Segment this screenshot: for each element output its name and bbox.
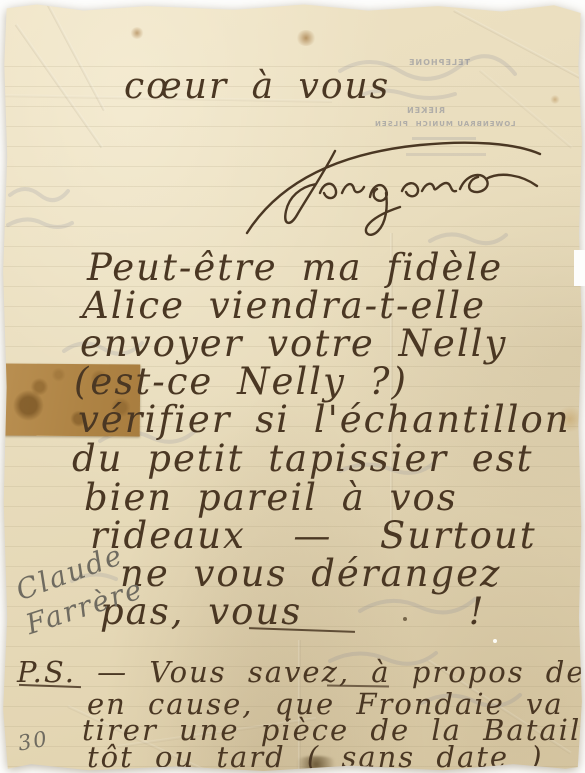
body-line: ne vous dérangez: [120, 555, 501, 592]
crease-top-left-2: [47, 4, 106, 111]
ps-line: P.S. — Vous savez, à propos de la lettre: [17, 658, 585, 687]
crease-top-right: [453, 9, 585, 82]
body-line: bien pareil à vos: [84, 479, 458, 516]
paper-shadow-wrap: TELEPHONE RIEKEN LOWENBRAU MUNICH PILSEN…: [0, 0, 585, 773]
show-through-rieken-text: RIEKEN: [406, 106, 445, 115]
paper-notch: [574, 250, 585, 286]
stain-spot: [550, 95, 560, 104]
page-number: 30: [16, 728, 50, 754]
signature-farrere-flourish: [230, 129, 550, 249]
letter-paper-sheet: TELEPHONE RIEKEN LOWENBRAU MUNICH PILSEN…: [2, 3, 583, 771]
closing-line: cœur à vous: [124, 69, 390, 105]
ps-line: tôt ou tard ( sans date ) —: [87, 743, 585, 772]
show-through-brewery-text: LOWENBRAU MUNICH PILSEN: [374, 120, 515, 128]
show-through-telephone-text: TELEPHONE: [408, 58, 470, 67]
paper-speck: [493, 639, 497, 643]
body-line: pas, vous !: [100, 593, 485, 630]
crease-top-left: [15, 24, 103, 149]
stain-spot: [130, 27, 144, 39]
stain-spot: [296, 30, 316, 46]
body-line: Peut-être ma fidèle: [87, 249, 503, 286]
body-line: vérifier si l'échantillon: [78, 401, 571, 438]
body-line: du petit tapissier est: [72, 440, 534, 477]
body-line: Alice viendra-t-elle: [82, 287, 486, 324]
body-line: (est-ce Nelly ?) pour: [74, 363, 585, 400]
body-line: envoyer votre Nelly: [80, 325, 507, 362]
body-line: rideaux — Surtout: [90, 517, 537, 554]
photo-of-letter: TELEPHONE RIEKEN LOWENBRAU MUNICH PILSEN…: [0, 0, 585, 773]
